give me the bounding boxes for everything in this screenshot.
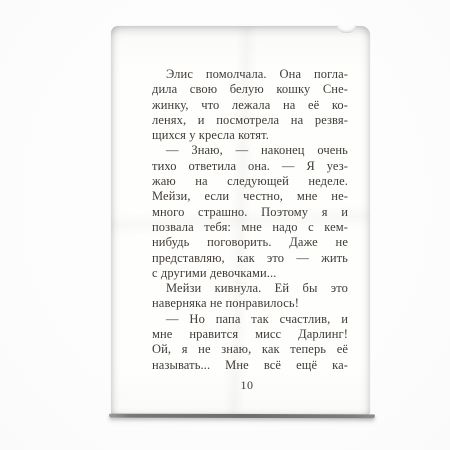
page-text: Элис помолчала. Она погла-дила свою белу… [152,67,348,373]
text-line: наверняка не понравилось! [152,296,348,311]
text-line: жаю на следующей неделе. [152,174,348,189]
text-line: нибудь поговорить. Даже не [152,235,348,250]
text-line: тихо ответила она. — Я уез- [152,159,348,174]
text-line: называть... Мне всё ещё ка- [152,358,348,373]
text-line: — Знаю, — наконец очень [152,143,348,158]
text-line: Ой, я не знаю, как теперь её [152,342,348,357]
page-number: 10 [149,378,345,393]
text-line: — Но папа так счастлив, и [152,312,348,327]
text-line: Мейзи, если честно, мне не- [152,189,348,204]
text-line: Мейзи кивнула. Ей бы это [152,281,348,296]
text-line: Элис помолчала. Она погла- [152,67,348,82]
page-edge-notch [337,25,356,33]
page-stack-edge [109,414,375,419]
text-line: дила свою белую кошку Сне- [152,82,348,97]
text-line: много страшно. Поэтому я и [152,205,348,220]
photo-background: Элис помолчала. Она погла-дила свою белу… [0,0,450,450]
text-line: позвала тебя: мне надо с кем- [152,220,348,235]
text-line: ленях, и посмотрела на резвя- [152,113,348,128]
text-line: представляю, как это — жить [152,251,348,266]
text-line: жинку, что лежала на её ко- [152,98,348,113]
text-line: с другими девочками... [152,266,348,281]
text-line: мне нравится мисс Дарлинг! [152,327,348,342]
text-line: щихся у кресла котят. [152,128,348,143]
book-page: Элис помолчала. Она погла-дила свою белу… [111,26,370,415]
